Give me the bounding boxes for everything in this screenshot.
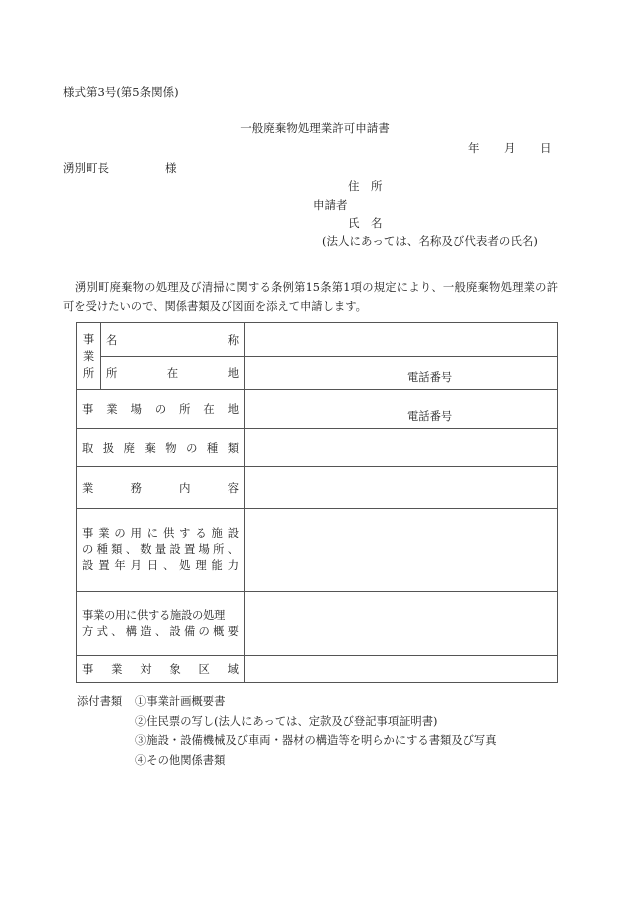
application-form-table: 事 業 所 名 称 所 在 地 電話番号 事 業 場: [76, 322, 558, 683]
office-location-label: 所 在 地: [101, 357, 245, 390]
service-area-label: 事 業 対 象 区 域: [77, 656, 245, 683]
applicant-address-label: 住 所: [348, 181, 383, 193]
table-row-workplace-location: 事 業 場 の 所 在 地 電話番号: [77, 390, 558, 429]
waste-type-field[interactable]: [245, 429, 558, 467]
addressee-honorific: 様: [165, 161, 177, 175]
office-name-field[interactable]: [245, 323, 558, 357]
office-location-field[interactable]: 電話番号: [245, 357, 558, 390]
applicant-role-label: 申請者: [313, 200, 348, 212]
applicant-name-label: 氏 名: [348, 218, 383, 230]
attachment-item: ②住民票の写し(法人にあっては、定款及び登記事項証明書): [135, 712, 497, 732]
date-year-label: 年: [468, 143, 480, 155]
office-group-label: 事 業 所: [77, 323, 101, 390]
date-month-label: 月: [504, 143, 516, 155]
facility-info-field[interactable]: [245, 509, 558, 592]
table-row-facility-method: 事業の用に供する施設の処理 方式、構造、設備の概要: [77, 592, 558, 656]
attachment-item: ③施設・設備機械及び車両・器材の構造等を明らかにする書類及び写真: [135, 731, 497, 751]
service-area-field[interactable]: [245, 656, 558, 683]
facility-info-label: 事業の用に供する施設 の種類、数量設置場所、 設置年月日、処理能力: [77, 509, 245, 592]
waste-type-label: 取 扱 廃 棄 物 の 種 類: [77, 429, 245, 467]
workplace-location-field[interactable]: 電話番号: [245, 390, 558, 429]
business-content-field[interactable]: [245, 467, 558, 509]
application-statement: 湧別町廃棄物の処理及び清掃に関する条例第15条第1項の規定により、一般廃棄物処理…: [63, 278, 558, 316]
addressee: 湧別町長様: [63, 163, 177, 175]
office-name-label: 名 称: [101, 323, 245, 357]
workplace-location-label: 事 業 場 の 所 在 地: [77, 390, 245, 429]
addressee-name: 湧別町長: [63, 161, 109, 175]
attachments-list: ①事業計画概要書 ②住民票の写し(法人にあっては、定款及び登記事項証明書) ③施…: [77, 692, 497, 770]
table-row-facility-info: 事業の用に供する施設 の種類、数量設置場所、 設置年月日、処理能力: [77, 509, 558, 592]
table-row-office-location: 所 在 地 電話番号: [77, 357, 558, 390]
table-row-office-name: 事 業 所 名 称: [77, 323, 558, 357]
facility-method-field[interactable]: [245, 592, 558, 656]
attachments-label: 添付書類: [77, 692, 122, 712]
office-phone-label: 電話番号: [407, 369, 452, 385]
workplace-phone-label: 電話番号: [407, 408, 452, 424]
table-row-waste-type: 取 扱 廃 棄 物 の 種 類: [77, 429, 558, 467]
business-content-label: 業 務 内 容: [77, 467, 245, 509]
applicant-note: (法人にあっては、名称及び代表者の氏名): [322, 236, 538, 248]
date-day-label: 日: [540, 143, 552, 155]
attachments-section: 添付書類 ①事業計画概要書 ②住民票の写し(法人にあっては、定款及び登記事項証明…: [77, 692, 497, 770]
attachment-item: ④その他関係書類: [135, 751, 497, 771]
table-row-business-content: 業 務 内 容: [77, 467, 558, 509]
table-row-service-area: 事 業 対 象 区 域: [77, 656, 558, 683]
document-title: 一般廃棄物処理業許可申請書: [0, 123, 630, 135]
facility-method-label: 事業の用に供する施設の処理 方式、構造、設備の概要: [77, 592, 245, 656]
form-number: 様式第3号(第5条関係): [63, 87, 179, 99]
attachment-item: ①事業計画概要書: [135, 692, 497, 712]
